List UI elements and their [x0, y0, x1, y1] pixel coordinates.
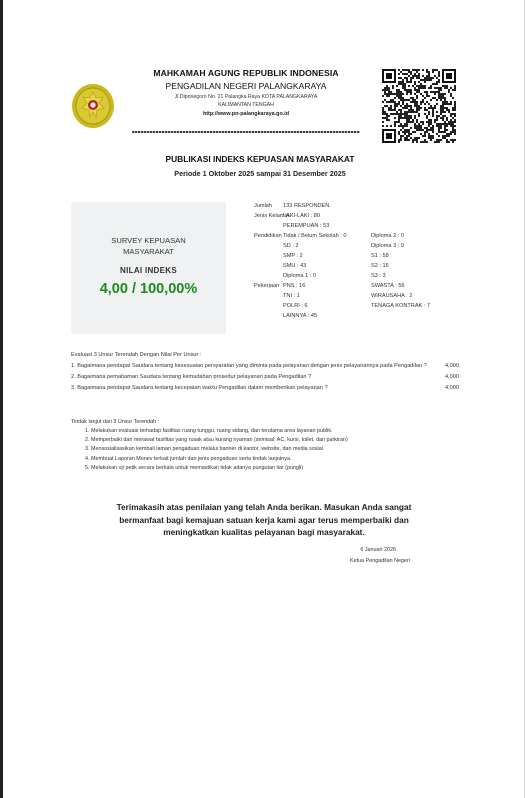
follow-up-list: 1. Melakukan evaluasi terhadap fasilitas…	[71, 428, 461, 472]
address-line-1: Jl.Diponegoro No. 21 Palangka Raya KOTA …	[130, 94, 362, 100]
education-item: S1 : 58	[371, 253, 389, 259]
evaluation-question: 1. Bagaimana pendapat Saudara tentang ke…	[71, 362, 431, 370]
follow-up-item: 4. Membuat Laporan Monev terkait jumlah …	[85, 456, 461, 463]
education-label: Pendidikan	[254, 233, 282, 239]
education-item: SMP : 2	[283, 253, 303, 259]
index-value: 4,00 / 100,00%	[71, 281, 226, 297]
evaluation-score: 4,000	[445, 373, 459, 381]
education-item: Diploma 2 : 0	[371, 233, 404, 239]
jumlah-value: 133 RESPONDEN	[283, 203, 329, 209]
job-item: LAINNYA : 45	[283, 313, 317, 319]
institution-name: MAHKAMAH AGUNG REPUBLIK INDONESIA	[130, 68, 362, 78]
education-item: Diploma 1 : 0	[283, 273, 316, 279]
gender-male: LAKI-LAKI : 80	[283, 213, 320, 219]
job-item: SWASTA : 56	[371, 283, 405, 289]
evaluation-question: 3. Bagaimana pendapat Saudara tentang ke…	[71, 384, 431, 392]
job-item: POLRI : 6	[283, 303, 308, 309]
job-item: TNI : 1	[283, 293, 300, 299]
follow-up-section: Tindak lanjut dari 3 Unsur Terendah : 1.…	[71, 419, 461, 474]
jumlah-label: Jumlah	[254, 203, 272, 209]
evaluation-score: 4,000	[445, 362, 459, 370]
follow-up-item: 2. Memperbaiki dan merawat fasilitas yan…	[85, 437, 461, 444]
follow-up-item: 5. Melakukan uji petik secara berkala un…	[85, 465, 461, 472]
signature-date: 6 Januari 2026	[300, 547, 410, 553]
index-label: NILAI INDEKS	[71, 266, 226, 275]
title-main: PUBLIKASI INDEKS KEPUASAN MASYARAKAT	[120, 154, 400, 164]
education-item: Diploma 3 : 9	[371, 243, 404, 249]
follow-up-heading: Tindak lanjut dari 3 Unsur Terendah :	[71, 419, 461, 425]
evaluation-item: 3. Bagaimana pendapat Saudara tentang ke…	[71, 384, 461, 392]
evaluation-question: 2. Bagaimana pemahaman Saudara tentang k…	[71, 373, 431, 381]
job-item: TENAGA KONTRAK : 7	[371, 303, 430, 309]
education-item: S2 : 16	[371, 263, 389, 269]
website-link[interactable]: http://www.pn-palangkaraya.go.id	[130, 111, 362, 117]
court-emblem-icon	[71, 83, 115, 129]
education-item: S3 : 3	[371, 273, 386, 279]
evaluation-item: 1. Bagaimana pendapat Saudara tentang ke…	[71, 362, 461, 370]
evaluation-section: Evaluasi 3 Unsur Terendah Dengan Nilai P…	[71, 352, 461, 395]
qr-code-icon	[382, 69, 456, 143]
job-item: PNS : 16	[283, 283, 305, 289]
thank-you-message: Terimakasih atas penilaian yang telah An…	[104, 501, 424, 539]
document-page: MAHKAMAH AGUNG REPUBLIK INDONESIA PENGAD…	[0, 0, 525, 798]
follow-up-item: 3. Mensosialisasikan kembali laman penga…	[85, 446, 461, 453]
address-line-2: KALIMANTAN TENGAH	[130, 102, 362, 108]
court-name: PENGADILAN NEGERI PALANGKARAYA	[130, 81, 362, 91]
job-label: Pekerjaan	[254, 283, 279, 289]
gender-female: PEREMPUAN : 53	[283, 223, 329, 229]
signatory-title: Ketua Pengadilan Negeri	[300, 558, 410, 564]
letterhead-divider	[132, 131, 360, 133]
education-item: SD : 2	[283, 243, 299, 249]
follow-up-item: 1. Melakukan evaluasi terhadap fasilitas…	[85, 428, 461, 435]
title-period: Periode 1 Oktober 2025 sampai 31 Desembe…	[120, 169, 400, 178]
education-item: Tidak / Belum Sekolah : 0	[283, 233, 347, 239]
education-item: SMU : 43	[283, 263, 306, 269]
job-item: WIRAUSAHA : 2	[371, 293, 412, 299]
evaluation-item: 2. Bagaimana pemahaman Saudara tentang k…	[71, 373, 461, 381]
score-card-label: SURVEY KEPUASAN MASYARAKAT	[71, 235, 226, 257]
score-card: SURVEY KEPUASAN MASYARAKAT NILAI INDEKS …	[71, 202, 226, 334]
letterhead: MAHKAMAH AGUNG REPUBLIK INDONESIA PENGAD…	[130, 68, 362, 117]
signature-block: 6 Januari 2026 Ketua Pengadilan Negeri	[300, 547, 410, 564]
evaluation-score: 4,000	[445, 384, 459, 392]
evaluation-heading: Evaluasi 3 Unsur Terendah Dengan Nilai P…	[71, 352, 461, 358]
document-title: PUBLIKASI INDEKS KEPUASAN MASYARAKAT Per…	[120, 154, 400, 178]
